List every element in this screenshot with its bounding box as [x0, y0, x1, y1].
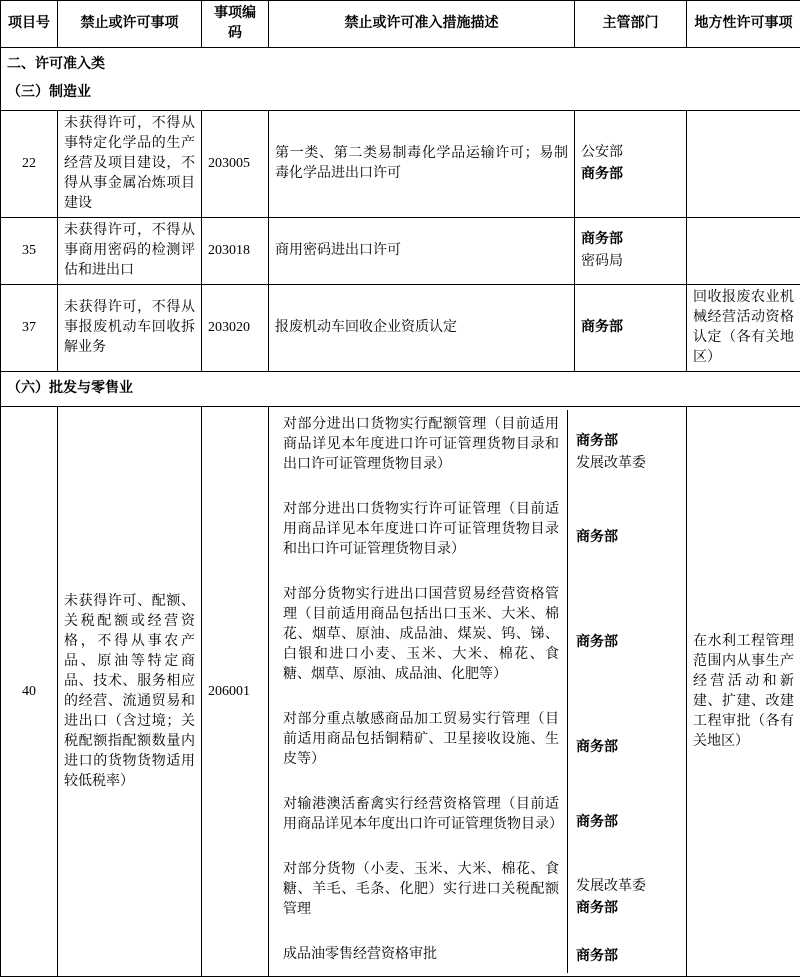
section-cell: （六）批发与零售业 — [1, 372, 800, 407]
section-cell: 二、许可准入类 （三）制造业 — [1, 48, 800, 111]
department-cell: 商务部 — [575, 285, 687, 372]
measure-text: 商用密码进出口许可 — [269, 218, 575, 285]
local-matter-cell: 在水利工程管理范围内从事生产经营活动和新建、扩建、改建工程审批（各有关地区） — [687, 407, 800, 977]
matter-text: 未获得许可、配额、关税配额或经营资格，不得从事农产品、原油等特定商品、技术、服务… — [58, 407, 202, 977]
department-cell: 商务部 密码局 — [575, 218, 687, 285]
measure-row: 对部分货物（小麦、玉米、大米、棉花、食糖、羊毛、毛条、化肥）实行进口关税配额管理… — [275, 855, 680, 940]
department: 发展改革委 — [576, 876, 672, 898]
section-row-license-manufacturing: 二、许可准入类 （三）制造业 — [1, 48, 800, 111]
department: 发展改革委 — [576, 453, 672, 475]
item-no: 37 — [1, 285, 58, 372]
matter-code: 203005 — [202, 111, 269, 218]
department-cell: 商务部 — [567, 705, 680, 790]
measure-text: 对部分货物（小麦、玉米、大米、棉花、食糖、羊毛、毛条、化肥）实行进口关税配额管理 — [275, 855, 567, 940]
department: 密码局 — [581, 251, 680, 273]
section-wholesale-retail: （六）批发与零售业 — [7, 375, 794, 403]
department: 商务部 — [581, 229, 680, 251]
measure-text: 对输港澳活畜禽实行经营资格管理（目前适用商品详见本年度出口许可证管理货物目录） — [275, 790, 567, 855]
table-row: 37 未获得许可，不得从事报废机动车回收拆解业务 203020 报废机动车回收企… — [1, 285, 800, 372]
section-manufacturing: （三）制造业 — [7, 79, 794, 107]
header-matter: 禁止或许可事项 — [58, 1, 202, 48]
department: 商务部 — [576, 431, 672, 453]
matter-text: 未获得许可，不得从事报废机动车回收拆解业务 — [58, 285, 202, 372]
table-row: 40 未获得许可、配额、关税配额或经营资格，不得从事农产品、原油等特定商品、技术… — [1, 407, 800, 977]
item-no: 22 — [1, 111, 58, 218]
section-row-wholesale-retail: （六）批发与零售业 — [1, 372, 800, 407]
department: 商务部 — [576, 812, 672, 834]
table-row: 22 未获得许可，不得从事特定化学品的生产经营及项目建设，不得从事金属冶炼项目建… — [1, 111, 800, 218]
department-cell: 商务部 — [567, 495, 680, 580]
table-row: 35 未获得许可，不得从事商用密码的检测评估和进出口 203018 商用密码进出… — [1, 218, 800, 285]
measure-text: 报废机动车回收企业资质认定 — [269, 285, 575, 372]
measure-text: 对部分货物实行进出口国营贸易经营资格管理（目前适用商品包括出口玉米、大米、棉花、… — [275, 580, 567, 705]
table-header-row: 项目号 禁止或许可事项 事项编码 禁止或许可准入措施描述 主管部门 地方性许可事… — [1, 1, 800, 48]
header-measure-desc: 禁止或许可准入措施描述 — [269, 1, 575, 48]
measure-row: 对输港澳活畜禽实行经营资格管理（目前适用商品详见本年度出口许可证管理货物目录） … — [275, 790, 680, 855]
department: 商务部 — [576, 632, 672, 654]
item-no: 35 — [1, 218, 58, 285]
measure-row: 对部分货物实行进出口国营贸易经营资格管理（目前适用商品包括出口玉米、大米、棉花、… — [275, 580, 680, 705]
matter-code: 203018 — [202, 218, 269, 285]
measure-text: 对部分重点敏感商品加工贸易实行管理（目前适用商品包括铜精矿、卫星接收设施、生皮等… — [275, 705, 567, 790]
department: 商务部 — [576, 737, 672, 759]
local-matter-cell: 回收报废农业机械经营活动资格认定（各有关地区） — [687, 285, 800, 372]
measure-text: 成品油零售经营资格审批 — [275, 940, 567, 973]
negative-list-table: 项目号 禁止或许可事项 事项编码 禁止或许可准入措施描述 主管部门 地方性许可事… — [0, 0, 800, 977]
measure-text: 第一类、第二类易制毒化学品运输许可；易制毒化学品进出口许可 — [269, 111, 575, 218]
department-cell: 商务部 — [567, 580, 680, 705]
department: 商务部 — [576, 527, 672, 549]
department: 商务部 — [581, 317, 680, 339]
matter-code: 206001 — [202, 407, 269, 977]
local-matter-cell — [687, 218, 800, 285]
department-cell: 商务部 发展改革委 — [567, 410, 680, 495]
department-cell: 商务部 — [567, 790, 680, 855]
measure-row: 对部分进出口货物实行配额管理（目前适用商品详见本年度进口许可证管理货物目录和出口… — [275, 410, 680, 495]
header-item-no: 项目号 — [1, 1, 58, 48]
matter-code: 203020 — [202, 285, 269, 372]
document-page: 项目号 禁止或许可事项 事项编码 禁止或许可准入措施描述 主管部门 地方性许可事… — [0, 0, 800, 977]
department-cell: 公安部 商务部 — [575, 111, 687, 218]
header-department: 主管部门 — [575, 1, 687, 48]
measure-text: 对部分进出口货物实行配额管理（目前适用商品详见本年度进口许可证管理货物目录和出口… — [275, 410, 567, 495]
department: 商务部 — [576, 898, 672, 920]
local-matter-cell — [687, 111, 800, 218]
department: 商务部 — [576, 946, 672, 968]
measure-row: 对部分进出口货物实行许可证管理（目前适用商品详见本年度进口许可证管理货物目录和出… — [275, 495, 680, 580]
measure-row: 对部分重点敏感商品加工贸易实行管理（目前适用商品包括铜精矿、卫星接收设施、生皮等… — [275, 705, 680, 790]
matter-text: 未获得许可，不得从事特定化学品的生产经营及项目建设，不得从事金属冶炼项目建设 — [58, 111, 202, 218]
measures-grid: 对部分进出口货物实行配额管理（目前适用商品详见本年度进口许可证管理货物目录和出口… — [275, 410, 680, 973]
department-cell: 发展改革委 商务部 — [567, 855, 680, 940]
measure-row: 成品油零售经营资格审批 商务部 — [275, 940, 680, 973]
department: 商务部 — [581, 164, 680, 186]
header-code: 事项编码 — [202, 1, 269, 48]
department-cell: 商务部 — [567, 940, 680, 973]
item-no: 40 — [1, 407, 58, 977]
measures-departments-cell: 对部分进出口货物实行配额管理（目前适用商品详见本年度进口许可证管理货物目录和出口… — [269, 407, 687, 977]
department: 公安部 — [581, 142, 680, 164]
measure-text: 对部分进出口货物实行许可证管理（目前适用商品详见本年度进口许可证管理货物目录和出… — [275, 495, 567, 580]
matter-text: 未获得许可，不得从事商用密码的检测评估和进出口 — [58, 218, 202, 285]
section-license-class: 二、许可准入类 — [7, 51, 794, 79]
header-local-matters: 地方性许可事项 — [687, 1, 800, 48]
